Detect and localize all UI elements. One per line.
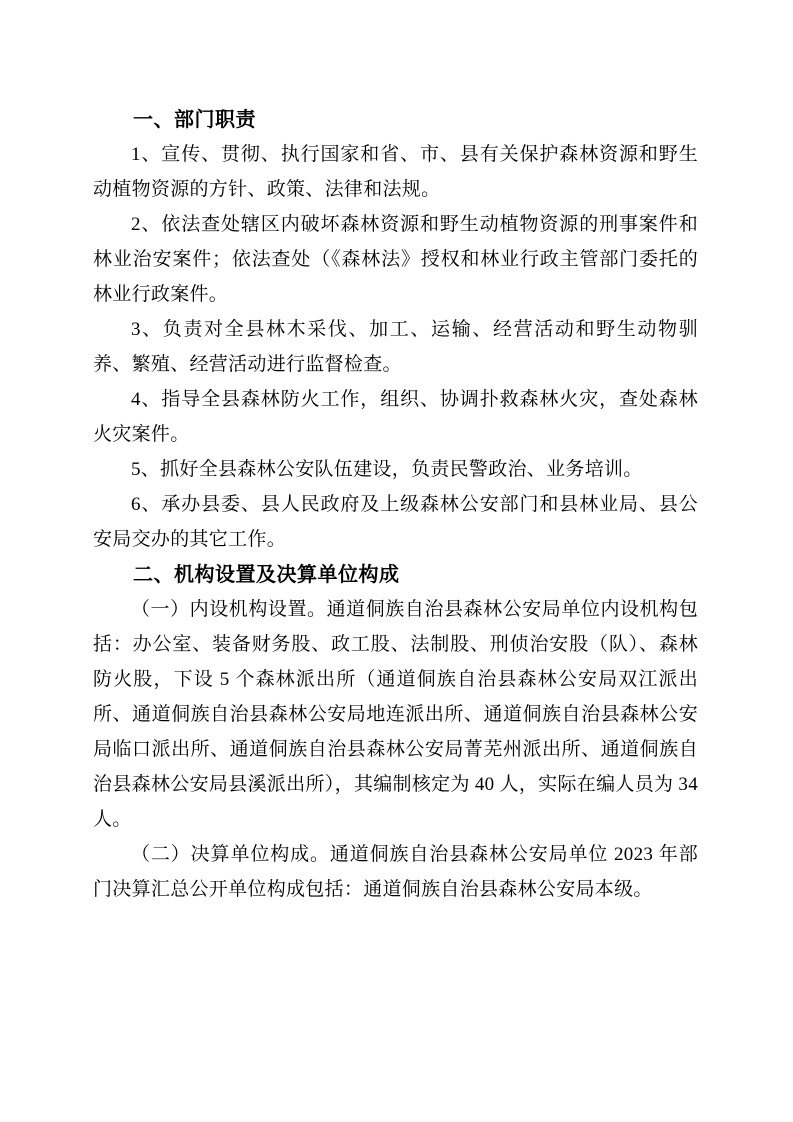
section-2-heading: 二、机构设置及决算单位构成	[93, 557, 698, 592]
section-1-paragraph-3: 3、负责对全县林木采伐、加工、运输、经营活动和野生动物驯养、繁殖、经营活动进行监…	[93, 312, 698, 382]
section-2-paragraph-1: （一）内设机构设置。通道侗族自治县森林公安局单位内设机构包括：办公室、装备财务股…	[93, 592, 698, 837]
section-1-heading: 一、部门职责	[93, 102, 698, 137]
document-page: 一、部门职责 1、宣传、贯彻、执行国家和省、市、县有关保护森林资源和野生动植物资…	[0, 0, 793, 1122]
section-1-paragraph-6: 6、承办县委、县人民政府及上级森林公安部门和县林业局、县公安局交办的其它工作。	[93, 487, 698, 557]
section-1-paragraph-2: 2、依法查处辖区内破坏森林资源和野生动植物资源的刑事案件和林业治安案件；依法查处…	[93, 207, 698, 312]
section-1-paragraph-5: 5、抓好全县森林公安队伍建设，负责民警政治、业务培训。	[93, 452, 698, 487]
section-department-duties: 一、部门职责 1、宣传、贯彻、执行国家和省、市、县有关保护森林资源和野生动植物资…	[93, 102, 698, 557]
section-organization-structure: 二、机构设置及决算单位构成 （一）内设机构设置。通道侗族自治县森林公安局单位内设…	[93, 557, 698, 907]
section-2-paragraph-2: （二）决算单位构成。通道侗族自治县森林公安局单位 2023 年部门决算汇总公开单…	[93, 837, 698, 907]
section-1-paragraph-1: 1、宣传、贯彻、执行国家和省、市、县有关保护森林资源和野生动植物资源的方针、政策…	[93, 137, 698, 207]
section-1-paragraph-4: 4、指导全县森林防火工作，组织、协调扑救森林火灾，查处森林火灾案件。	[93, 382, 698, 452]
